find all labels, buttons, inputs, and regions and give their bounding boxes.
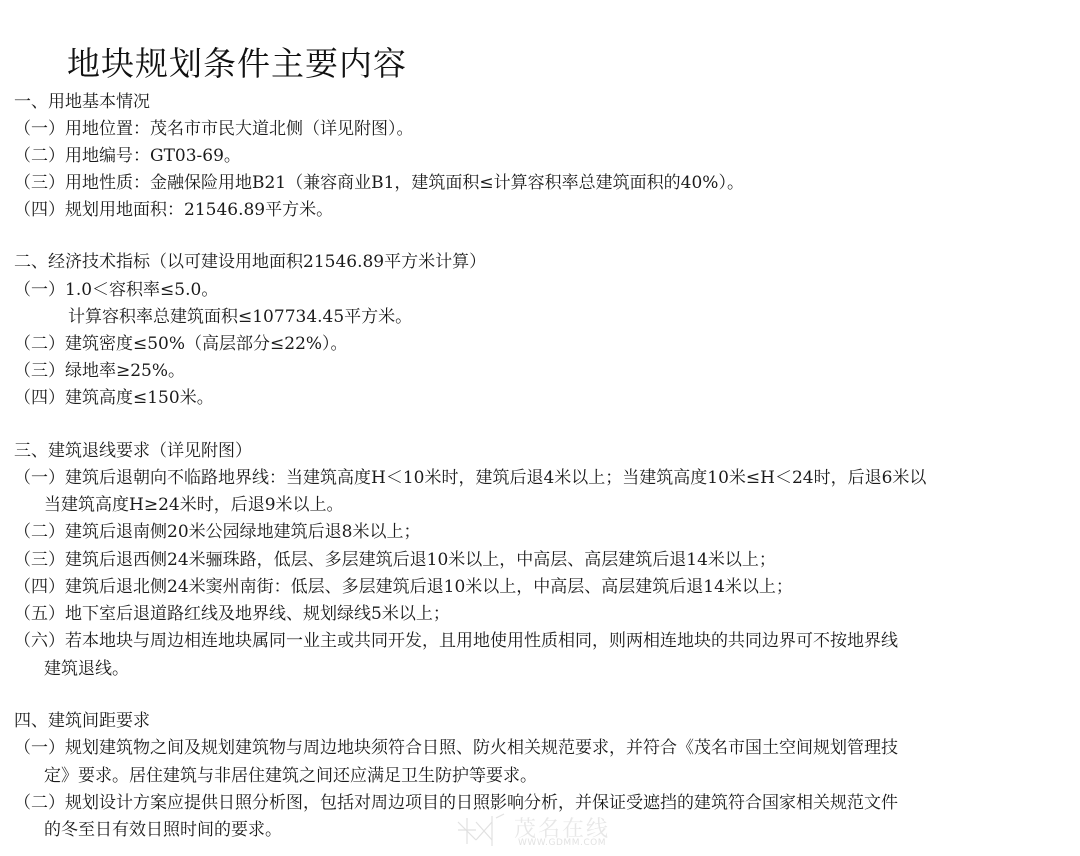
watermark: 茂名在线 WWW.GDMM.COM — [452, 812, 652, 852]
section-3-item-2: （二）建筑后退南侧20米公园绿地建筑后退8米以上； — [14, 519, 420, 545]
section-2-item-1-continuation: 计算容积率总建筑面积≤107734.45平方米。 — [68, 304, 412, 330]
section-3-item-3: （三）建筑后退西侧24米骊珠路，低层、多层建筑后退10米以上，中高层、高层建筑后… — [14, 547, 776, 573]
section-3-item-6: （六）若本地块与周边相连地块属同一业主或共同开发，且用地使用性质相同，则两相连地… — [14, 628, 898, 654]
section-3-item-5: （五）地下室后退道路红线及地界线、规划绿线5米以上； — [14, 601, 450, 627]
section-2-item-4: （四）建筑高度≤150米。 — [14, 385, 214, 411]
page-title: 地块规划条件主要内容 — [67, 42, 407, 86]
section-3-item-6-continuation: 建筑退线。 — [44, 656, 129, 682]
section-heading-3: 三、建筑退线要求（详见附图） — [14, 438, 252, 464]
section-3-item-1-continuation: 当建筑高度H≥24米时，后退9米以上。 — [44, 492, 344, 518]
section-1-item-4: （四）规划用地面积：21546.89平方米。 — [14, 197, 333, 223]
document-page: 地块规划条件主要内容 一、用地基本情况 （一）用地位置：茂名市市民大道北侧（详见… — [0, 0, 1080, 856]
section-1-item-2: （二）用地编号：GT03-69。 — [14, 143, 241, 169]
section-3-item-1: （一）建筑后退朝向不临路地界线：当建筑高度H＜10米时，建筑后退4米以上；当建筑… — [14, 465, 926, 491]
section-4-item-1-continuation: 定》要求。居住建筑与非居住建筑之间还应满足卫生防护等要求。 — [44, 763, 537, 789]
watermark-url: WWW.GDMM.COM — [518, 838, 606, 848]
section-1-item-3: （三）用地性质：金融保险用地B21（兼容商业B1，建筑面积≤计算容积率总建筑面积… — [14, 170, 744, 196]
section-heading-2: 二、经济技术指标（以可建设用地面积21546.89平方米计算） — [14, 249, 486, 275]
section-1-item-1: （一）用地位置：茂名市市民大道北侧（详见附图）。 — [14, 116, 414, 142]
section-heading-1: 一、用地基本情况 — [14, 89, 150, 115]
section-heading-4: 四、建筑间距要求 — [14, 708, 150, 734]
logo-icon — [452, 812, 508, 850]
section-2-item-2: （二）建筑密度≤50%（高层部分≤22%）。 — [14, 331, 348, 357]
section-2-item-3: （三）绿地率≥25%。 — [14, 358, 185, 384]
section-4-item-2-continuation: 的冬至日有效日照时间的要求。 — [44, 817, 282, 843]
section-2-item-1: （一）1.0＜容积率≤5.0。 — [14, 277, 218, 303]
section-3-item-4: （四）建筑后退北侧24米窦州南街：低层、多层建筑后退10米以上，中高层、高层建筑… — [14, 574, 793, 600]
section-4-item-1: （一）规划建筑物之间及规划建筑物与周边地块须符合日照、防火相关规范要求，并符合《… — [14, 735, 898, 761]
